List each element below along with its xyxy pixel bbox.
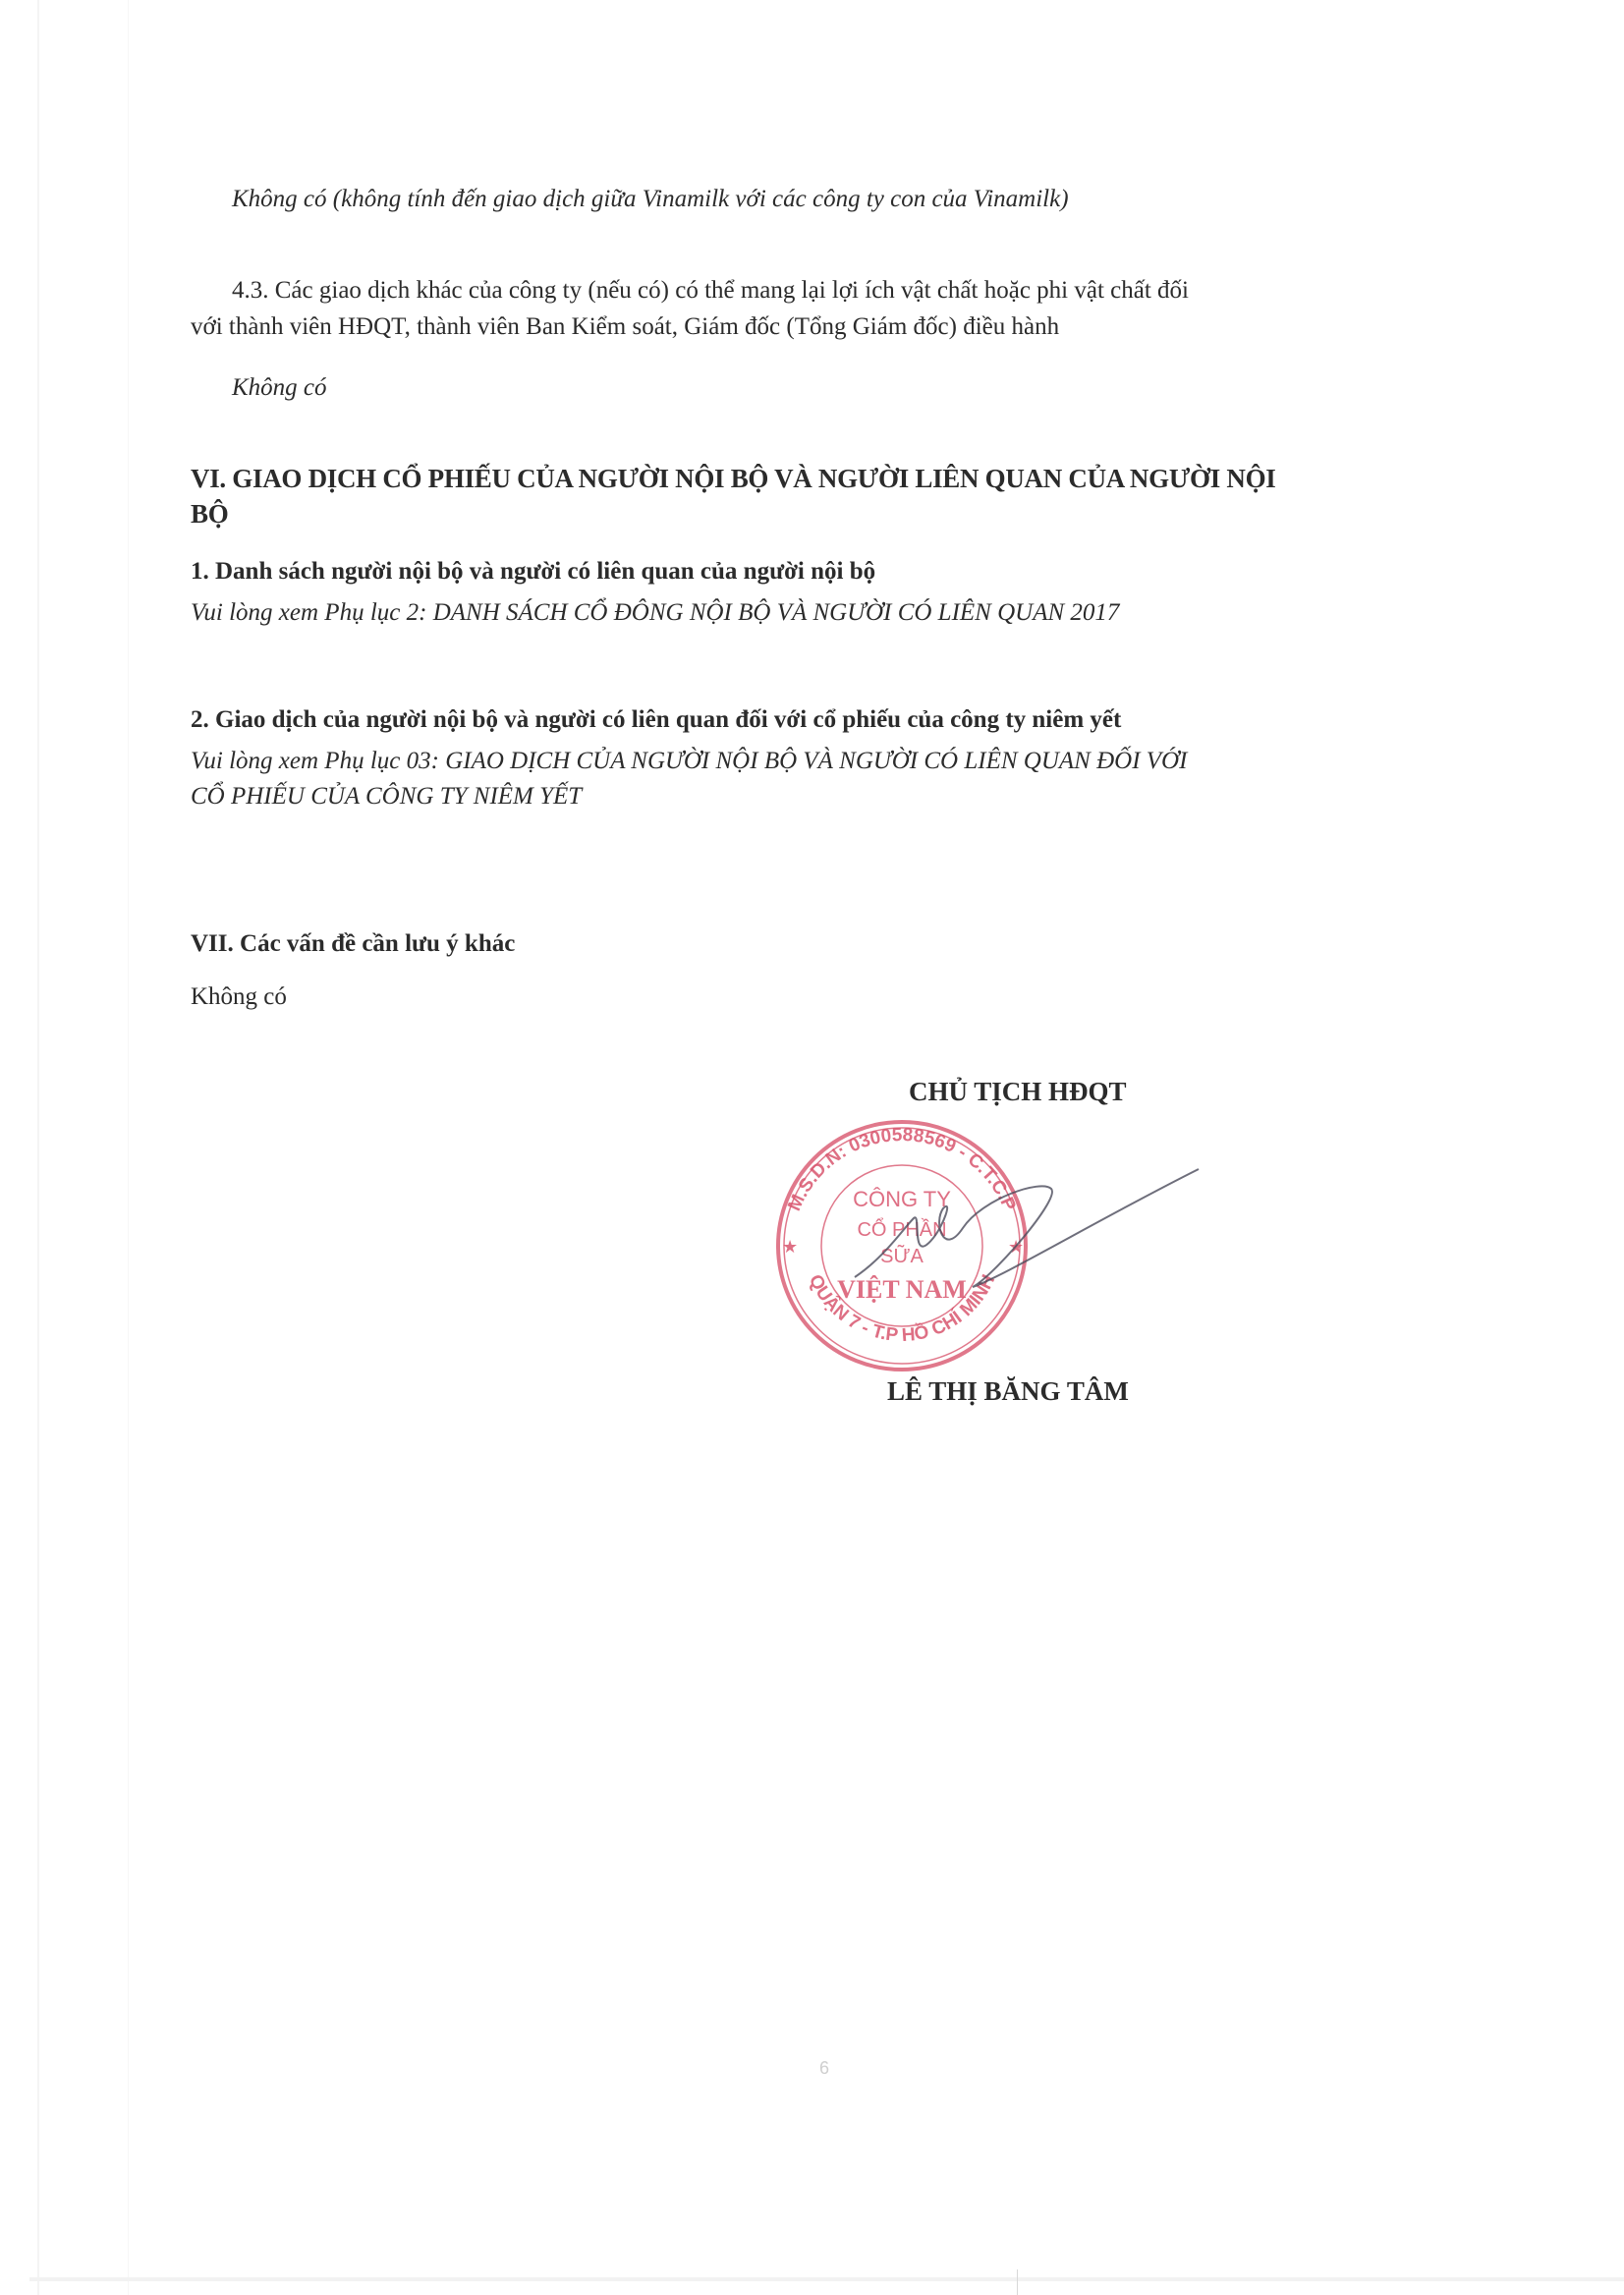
sec-vii-answer: Không có xyxy=(191,982,287,1012)
sec-vi-heading-cont: BỘ xyxy=(191,499,228,529)
scan-edge xyxy=(128,0,129,2295)
sec-4-3-line1: 4.3. Các giao dịch khác của công ty (nếu… xyxy=(232,276,1189,306)
page-number: 6 xyxy=(819,2058,829,2079)
sec-4-3-answer: Không có xyxy=(232,373,327,403)
sec-vi-item2-title: 2. Giao dịch của người nội bộ và người c… xyxy=(191,705,1121,735)
signatory-title: CHỦ TỊCH HĐQT xyxy=(909,1077,1127,1106)
sec-vi-heading: VI. GIAO DỊCH CỔ PHIẾU CỦA NGƯỜI NỘI BỘ … xyxy=(191,464,1276,493)
document-page: Không có (không tính đến giao dịch giữa … xyxy=(0,0,1624,2295)
signature-scribble xyxy=(845,1159,1238,1336)
sec-4-2-note: Không có (không tính đến giao dịch giữa … xyxy=(232,185,1069,214)
sec-4-3-line2: với thành viên HĐQT, thành viên Ban Kiểm… xyxy=(191,312,1059,342)
svg-text:★: ★ xyxy=(782,1237,798,1257)
scan-edge xyxy=(37,0,39,2295)
scan-edge xyxy=(29,2277,1624,2281)
scan-edge xyxy=(1017,2269,1018,2295)
sec-vi-item2-note-cont: CỔ PHIẾU CỦA CÔNG TY NIÊM YẾT xyxy=(191,782,582,812)
sec-vi-item1-title: 1. Danh sách người nội bộ và người có li… xyxy=(191,557,875,587)
sec-vi-item2-note: Vui lòng xem Phụ lục 03: GIAO DỊCH CỦA N… xyxy=(191,747,1187,776)
sec-vi-item1-note: Vui lòng xem Phụ lục 2: DANH SÁCH CỔ ĐÔN… xyxy=(191,598,1119,628)
signatory-name: LÊ THỊ BĂNG TÂM xyxy=(887,1376,1129,1406)
sec-vii-heading: VII. Các vấn đề cần lưu ý khác xyxy=(191,929,515,959)
